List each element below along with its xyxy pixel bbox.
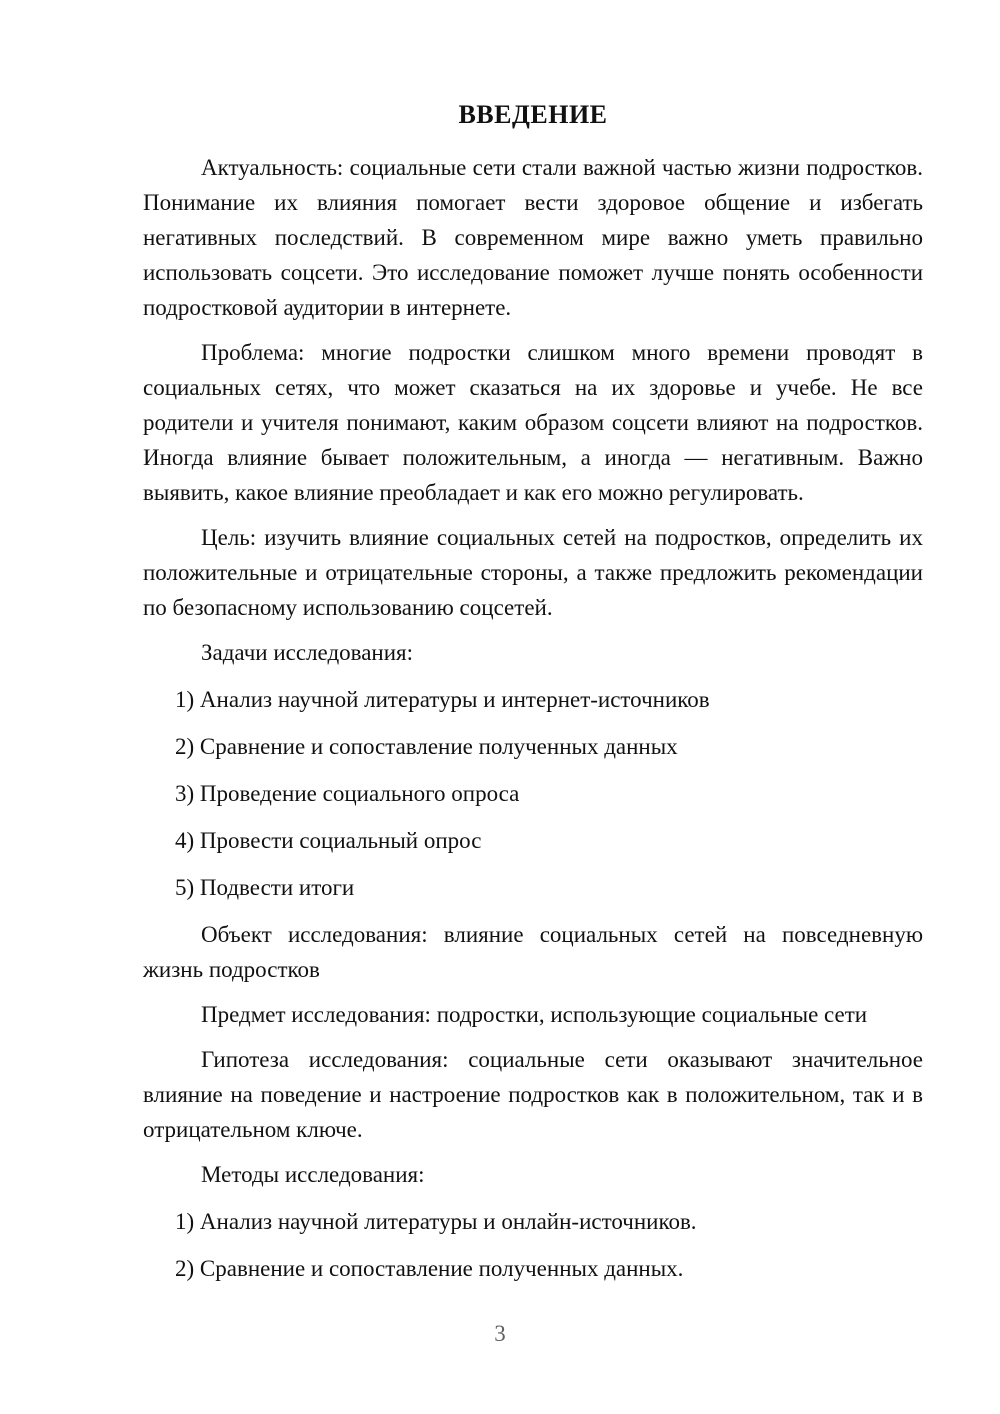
task-item-4: 4) Провести социальный опрос bbox=[175, 823, 923, 858]
methods-label: Методы исследования: bbox=[143, 1157, 923, 1192]
page-title: ВВЕДЕНИЕ bbox=[143, 97, 923, 132]
paragraph-relevance: Актуальность: социальные сети стали важн… bbox=[143, 150, 923, 325]
paragraph-subject: Предмет исследования: подростки, использ… bbox=[143, 997, 923, 1032]
task-item-3: 3) Проведение социального опроса bbox=[175, 776, 923, 811]
paragraph-goal: Цель: изучить влияние социальных сетей н… bbox=[143, 520, 923, 625]
page-number: 3 bbox=[0, 1322, 1000, 1345]
method-item-1: 1) Анализ научной литературы и онлайн-ис… bbox=[175, 1204, 923, 1239]
task-item-2: 2) Сравнение и сопоставление полученных … bbox=[175, 729, 923, 764]
document-page: ВВЕДЕНИЕ Актуальность: социальные сети с… bbox=[0, 0, 1000, 1414]
paragraph-problem: Проблема: многие подростки слишком много… bbox=[143, 335, 923, 510]
paragraph-hypothesis: Гипотеза исследования: социальные сети о… bbox=[143, 1042, 923, 1147]
tasks-label: Задачи исследования: bbox=[143, 635, 923, 670]
paragraph-object: Объект исследования: влияние социальных … bbox=[143, 917, 923, 987]
task-item-5: 5) Подвести итоги bbox=[175, 870, 923, 905]
task-item-1: 1) Анализ научной литературы и интернет-… bbox=[175, 682, 923, 717]
method-item-2: 2) Сравнение и сопоставление полученных … bbox=[175, 1251, 923, 1286]
